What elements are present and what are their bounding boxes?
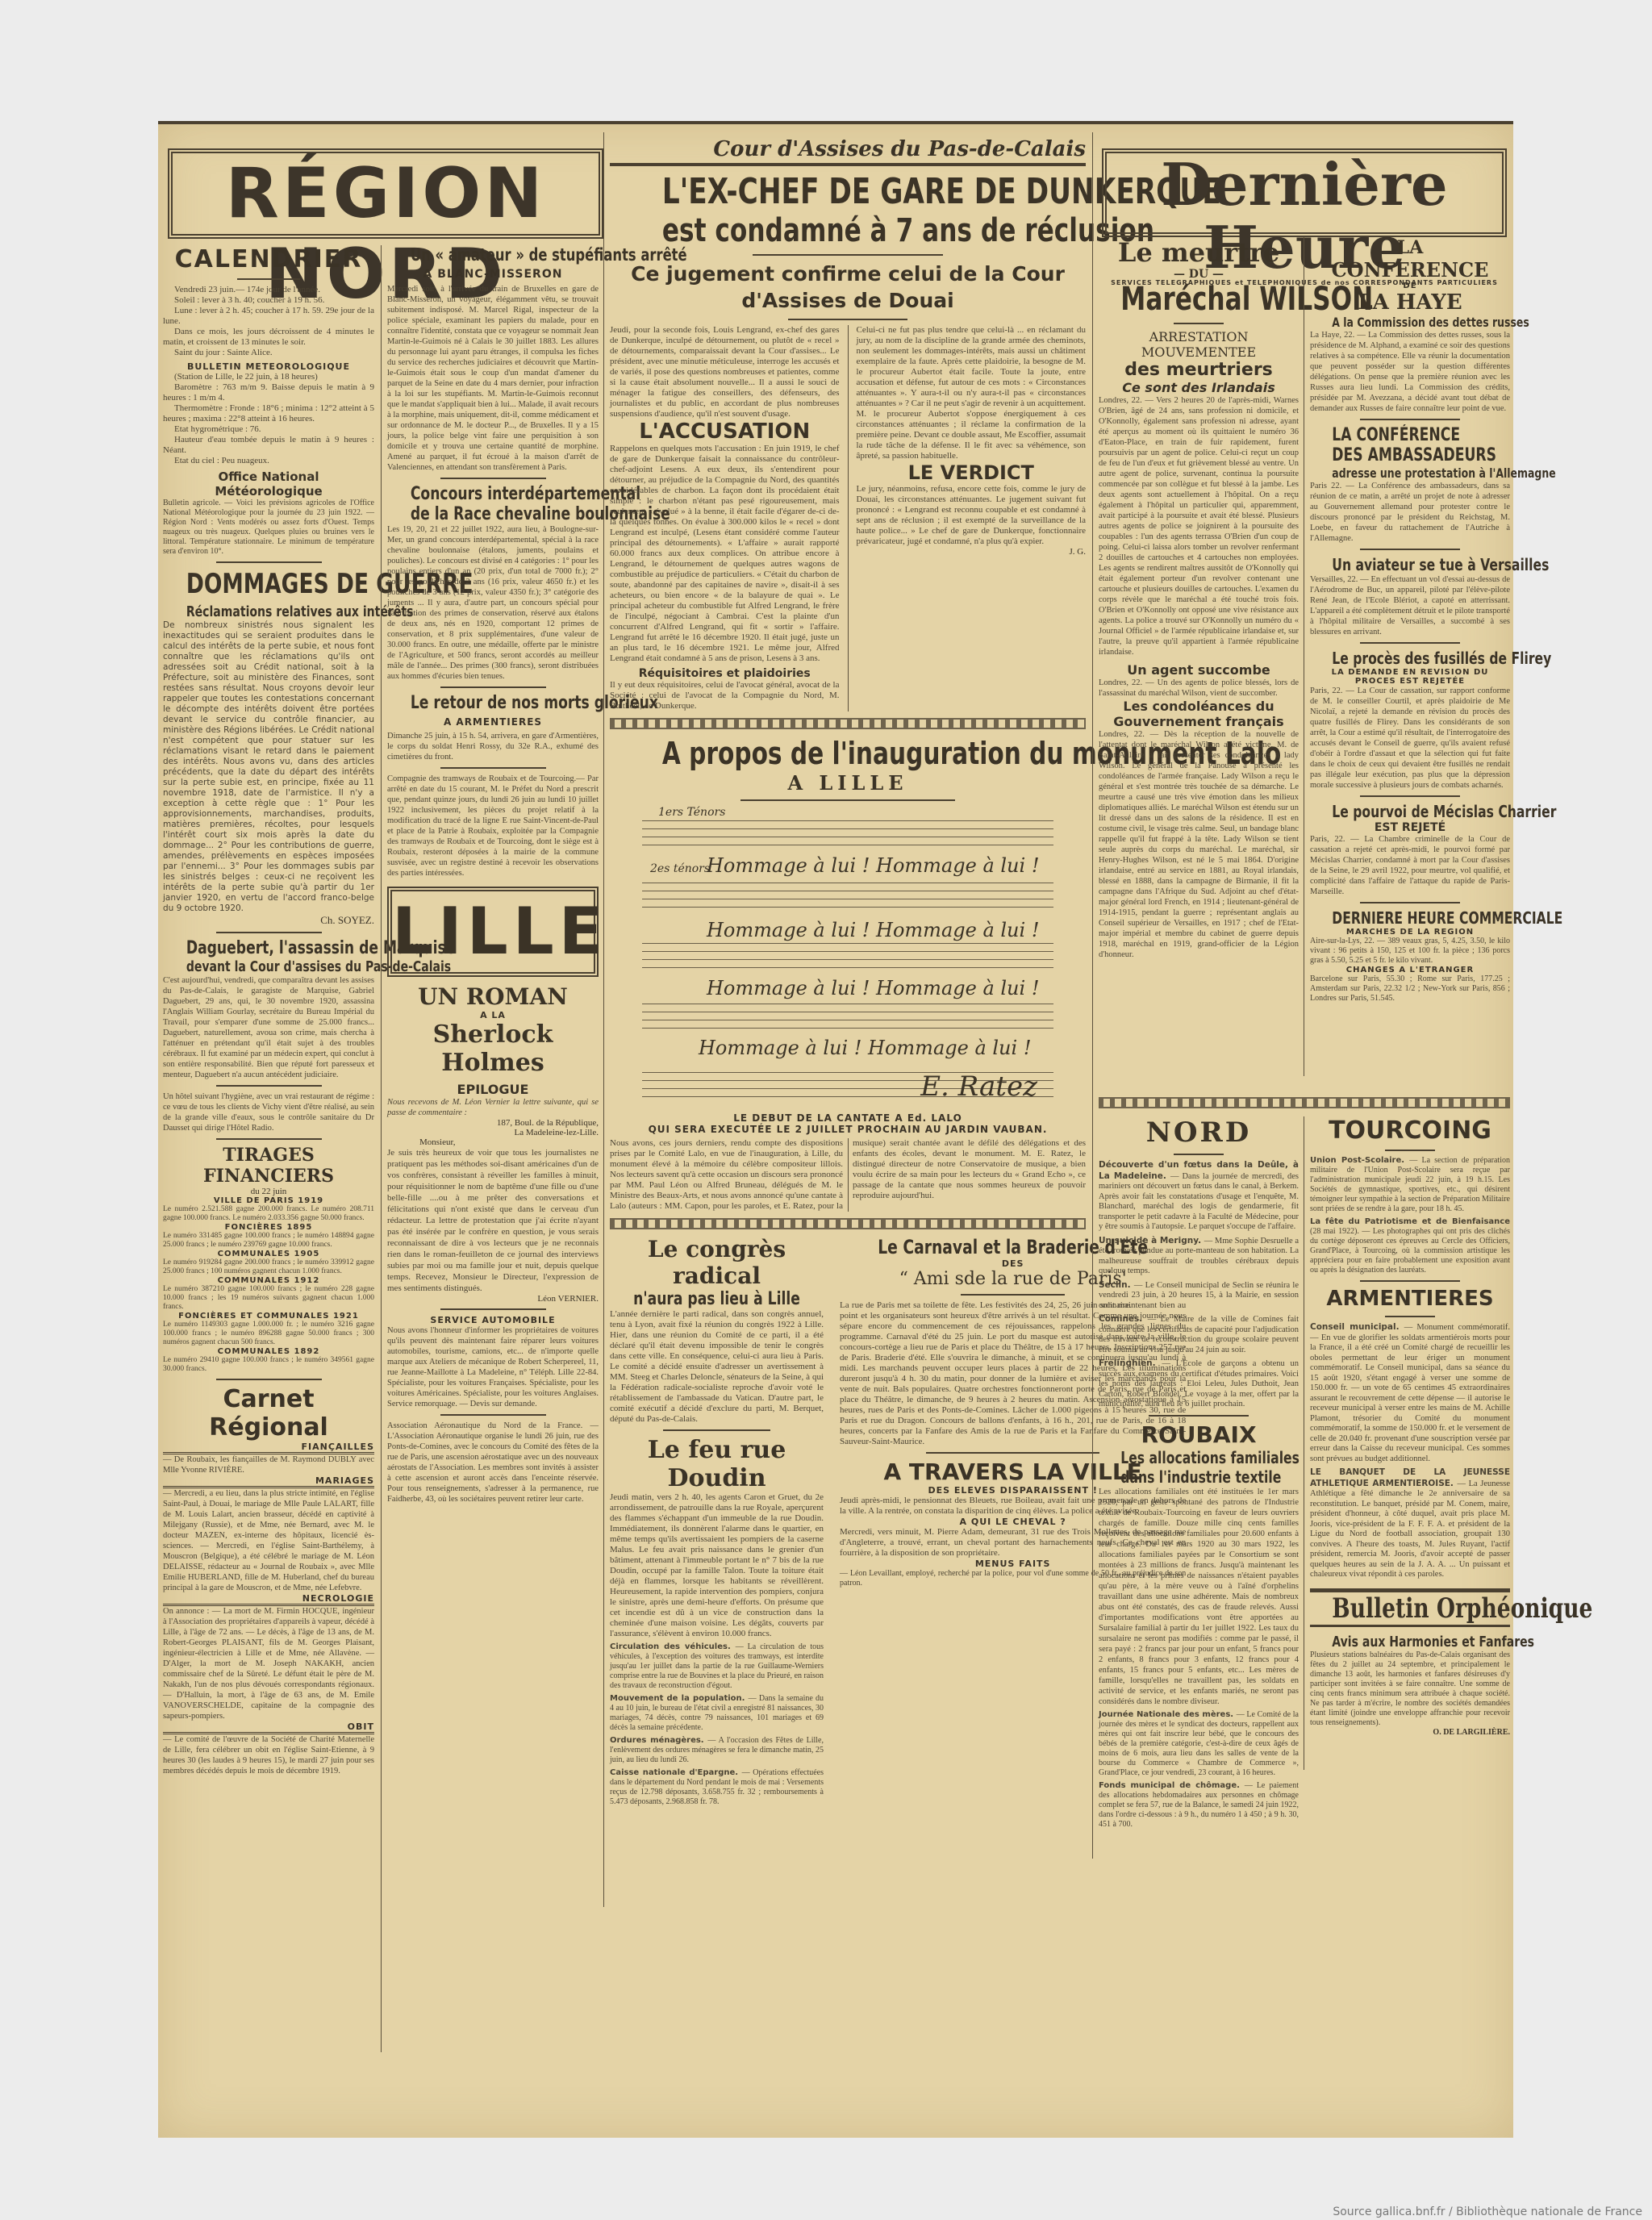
news-brief: Caisse nationale d'Epargne. — Opérations… <box>610 1768 824 1807</box>
ambassadeurs-sub: adresse une protestation à l'Allemagne <box>1332 465 1487 481</box>
derniere-heure-section: Dernière Heure SERVICES TELEGRAPHIQUES e… <box>1099 132 1510 2138</box>
condoleances-title: Les condoléances du Gouvernement françai… <box>1099 699 1299 729</box>
nord-items: Découverte d'un fœtus dans la Deûle, à L… <box>1099 1160 1299 1410</box>
accusation-text: Rappelons en quelques mots l'accusation … <box>610 444 840 664</box>
aviateur-text: Versailles, 22. — En effectuant un vol d… <box>1310 574 1510 637</box>
flirey-sub: LA DEMANDE EN REVISION DU PROCES EST REJ… <box>1310 668 1510 686</box>
lyric-line-3: Hommage à lui ! Hommage à lui ! <box>707 977 1039 999</box>
divider <box>740 799 955 801</box>
meteo-line: Baromètre : 763 m/m 9. Baisse depuis le … <box>163 382 374 403</box>
divider <box>1360 419 1460 420</box>
divider <box>440 686 546 688</box>
lalo-caption-1: LE DEBUT DE LA CANTATE A Ed. LALO <box>610 1112 1086 1124</box>
news-brief: Mouvement de la population. — Dans la se… <box>610 1694 824 1733</box>
tramways-notice: Compagnie des tramways de Roubaix et de … <box>387 774 599 878</box>
office-meteo-text: Bulletin agricole. — Voici les prévision… <box>163 499 374 557</box>
lille-news-left: Le congrès radical n'aura pas lieu à Lil… <box>610 1236 824 1807</box>
dunkerque-left: Jeudi, pour la seconde fois, Louis Lengr… <box>610 325 840 711</box>
haye-title-2: CONFERENCE <box>1310 258 1510 282</box>
calendar-line: Vendredi 23 juin.— 174e jour de l'année. <box>163 285 374 295</box>
staff-1 <box>642 820 1053 853</box>
brief-head: Mouvement de la population. <box>610 1694 749 1703</box>
dommages-author: Ch. SOYEZ. <box>163 914 374 927</box>
ambassadeurs-title-1: LA CONFÉRENCE <box>1332 425 1487 445</box>
tirage-text: Le numéro 919284 gagne 200.000 francs ; … <box>163 1258 374 1276</box>
commerciale-text-1: Aire-sur-la-Lys, 22. — 389 veaux gras, 5… <box>1310 937 1510 966</box>
tirages-title: TIRAGES FINANCIERS <box>163 1145 374 1187</box>
tirage-head: FONCIÈRES 1895 <box>163 1223 374 1232</box>
wilson-title-3: Maréchal WILSON <box>1120 281 1276 318</box>
retour-title: Le retour de nos morts glorieux <box>411 693 575 713</box>
orpheonique-signature: O. DE LARGILIÈRE. <box>1310 1728 1510 1737</box>
lille-news: Le congrès radical n'aura pas lieu à Lil… <box>610 1236 1086 1807</box>
orpheonique-text: Plusieurs stations balnéaires du Pas-de-… <box>1310 1650 1510 1728</box>
lalo-title: A propos de l'inauguration du monument L… <box>662 736 1033 771</box>
news-brief: Frelinghien. — L'Ecole de garçons a obte… <box>1099 1358 1299 1410</box>
retour-subtitle: A ARMENTIERES <box>387 716 599 728</box>
dunkerque-right: Celui-ci ne fut pas plus tendre que celu… <box>857 325 1087 711</box>
divider <box>753 254 943 256</box>
divider <box>1360 549 1460 550</box>
divider <box>440 767 546 769</box>
divider <box>1360 902 1460 903</box>
calendar-line: Soleil : lever à 3 h. 40; coucher à 19 h… <box>163 295 374 306</box>
divider <box>1360 642 1460 644</box>
fiancailles-text: — De Roubaix, les fiançailles de M. Raym… <box>163 1454 374 1475</box>
feu-title: Le feu rue Doudin <box>610 1436 824 1492</box>
stupefiants-title: Un « amateur » de stupéfiants arrêté <box>411 245 575 265</box>
office-meteo-title: Office National Météorologique <box>163 469 374 499</box>
divider <box>1174 323 1224 324</box>
vernier-letter: Je suis très heureux de voir que tous le… <box>387 1147 599 1294</box>
stupefiants-subtitle: A BLANC-MISSERON <box>387 268 599 281</box>
column-rule <box>1304 237 1304 1076</box>
wilson-sub-2: des meurtriers <box>1099 360 1299 380</box>
newspaper-page: RÉGION NORD CALENDRIER Vendredi 23 juin.… <box>158 121 1513 2138</box>
roubaix-sub-2: dans l'industrie textile <box>1120 1467 1276 1487</box>
vernier-salutation: Monsieur, <box>387 1137 599 1147</box>
signature-staff: E. Ratez <box>610 1064 1086 1112</box>
ornamental-rule <box>1099 1097 1510 1108</box>
fiancailles-head: FIANÇAILLES <box>163 1442 374 1454</box>
congres-title: Le congrès radical <box>610 1236 824 1289</box>
charrier-sub: EST REJETÉ <box>1310 821 1510 834</box>
ratez-signature: E. Ratez <box>920 1070 1037 1103</box>
retour-text: Dimanche 25 juin, à 15 h. 54, arrivera, … <box>387 731 599 762</box>
divider <box>440 478 546 479</box>
flirey-text: Paris, 22. — La Cour de cassation, sur r… <box>1310 686 1510 791</box>
dunkerque-headline-2: est condamné à 7 ans de réclusion <box>662 212 1033 249</box>
region-right-subcolumn: Un « amateur » de stupéfiants arrêté A B… <box>387 245 599 1504</box>
thin-rule <box>1310 1625 1510 1627</box>
wilson-sub-3: Ce sont des Irlandais <box>1099 380 1299 395</box>
service-auto-title: SERVICE AUTOMOBILE <box>387 1315 599 1325</box>
haye-title-3: DE <box>1310 282 1510 290</box>
divider <box>216 932 322 933</box>
vernier-address-1: 187, Boul. de la République, <box>387 1118 599 1128</box>
brief-head: La fête du Patriotisme et de Bienfaisanc… <box>1310 1217 1510 1226</box>
top-rule <box>158 121 1513 124</box>
divider <box>440 1308 546 1310</box>
brief-head: Fonds municipal de chômage. <box>1099 1781 1245 1790</box>
congres-subtitle: n'aura pas lieu à Lille <box>633 1289 800 1309</box>
column-rule <box>1092 132 1093 1859</box>
dunkerque-headline-1: L'EX-CHEF DE GARE DE DUNKERQUE <box>662 171 1033 212</box>
region-nord-section: RÉGION NORD CALENDRIER Vendredi 23 juin.… <box>163 132 599 2138</box>
dunkerque-deck: Ce jugement confirme celui de la Cour d'… <box>610 261 1086 314</box>
meteo-line: Thermomètre : Fronde : 18°6 ; minima : 1… <box>163 403 374 424</box>
dommages-title: DOMMAGES DE GUERRE <box>186 568 351 600</box>
column-rule <box>1304 1116 1304 1770</box>
lyric-line-2: Hommage à lui ! Hommage à lui ! <box>707 919 1039 941</box>
mariages-head: MARIAGES <box>163 1475 374 1488</box>
charrier-text: Paris, 22. — La Chambre criminelle de la… <box>1310 834 1510 897</box>
news-brief: Circulation des véhicules. — La circulat… <box>610 1642 824 1691</box>
divider <box>1385 1150 1435 1151</box>
calendrier-title: CALENDRIER <box>163 245 374 273</box>
brief-head: Seclin. <box>1099 1280 1134 1290</box>
voice-label-2: 2es ténors <box>650 862 710 875</box>
tirage-head: VILLE DE PARIS 1919 <box>163 1196 374 1205</box>
charrier-title: Le pourvoi de Mécislas Charrier <box>1332 802 1487 821</box>
roubaix-briefs: Journée Nationale des mères. — Le Comité… <box>1099 1710 1299 1830</box>
divider <box>788 319 907 320</box>
roubaix-text: Les allocations familiales ont été insti… <box>1099 1487 1299 1707</box>
ambassadeurs-title-2: DES AMBASSADEURS <box>1332 445 1487 465</box>
obit-head: OBIT <box>163 1721 374 1734</box>
calendrier-body: Vendredi 23 juin.— 174e jour de l'année.… <box>163 285 374 358</box>
ornamental-rule <box>610 718 1086 729</box>
armentieres-title: ARMENTIERES <box>1310 1287 1510 1311</box>
stupefiants-text: Mercredi soir, à l'arrivée du train de B… <box>387 284 599 473</box>
orpheonique-title: Bulletin Orphéonique <box>1332 1592 1487 1625</box>
brief-text: — Le Comité de la journée des mères et l… <box>1099 1710 1299 1777</box>
divider <box>237 278 301 280</box>
meteo-title: BULLETIN METEOROLOGIQUE <box>163 361 374 372</box>
feu-text: Jeudi matin, vers 2 h. 40, les agents Ca… <box>610 1492 824 1639</box>
haye-title-4: LA HAYE <box>1310 290 1510 315</box>
kicker-rule <box>610 163 1086 166</box>
concours-title-2: de la Race chevaline boulonnaise <box>411 504 575 524</box>
news-brief: Conseil municipal. — Monument commémorat… <box>1310 1322 1510 1464</box>
column-rule <box>848 325 849 711</box>
divider <box>1174 1154 1224 1155</box>
roubaix-title: ROUBAIX <box>1099 1421 1299 1448</box>
requisitoires-title: Réquisitoires et plaidoiries <box>610 667 840 680</box>
daguebert-subtitle: devant la Cour d'assises du Pas-de-Calai… <box>186 958 351 975</box>
news-brief: Découverte d'un fœtus dans la Deûle, à L… <box>1099 1160 1299 1233</box>
plaidoirie-text: Celui-ci ne fut pas plus tendre que celu… <box>857 325 1087 461</box>
agent-text: Londres, 22. — Un des agents de police b… <box>1099 678 1299 699</box>
news-brief: LE BANQUET DE LA JEUNESSE ATHLETIQUE ARM… <box>1310 1467 1510 1580</box>
wilson-text: Londres, 22. — Vers 2 heures 20 de l'apr… <box>1099 395 1299 657</box>
meteo-line: Hauteur d'eau tombée depuis le matin à 9… <box>163 435 374 456</box>
lalo-subtitle: A LILLE <box>610 771 1086 795</box>
commerciale-sub-1: MARCHES DE LA REGION <box>1310 928 1510 937</box>
condoleances-text: Londres, 22. — Dès la réception de la no… <box>1099 729 1299 960</box>
service-auto-text: Nous avons l'honneur d'informer les prop… <box>387 1325 599 1409</box>
lalo-text: Nous avons, ces jours derniers, rendu co… <box>610 1138 1086 1212</box>
divider <box>216 1379 322 1380</box>
divider <box>961 1294 1065 1296</box>
news-brief: Seclin. — Le Conseil municipal de Seclin… <box>1099 1280 1299 1312</box>
tirage-text: Le numéro 29410 gagne 100.000 francs ; l… <box>163 1356 374 1374</box>
tourcoing-title: TOURCOING <box>1310 1116 1510 1145</box>
meteo-line: Etat hygrométrique : 76. <box>163 424 374 435</box>
aviateur-title: Un aviateur se tue à Versailles <box>1332 555 1487 574</box>
dommages-text: De nombreux sinistrés nous signalent les… <box>163 620 374 914</box>
roubaix-sub-1: Les allocations familiales <box>1120 1448 1276 1467</box>
divider <box>1360 1280 1460 1282</box>
verdict-text: Le jury, néanmoins, refusa, encore cette… <box>857 484 1087 547</box>
divider <box>216 1138 322 1140</box>
dh-left-subcolumn: Le meurtre — DU — Maréchal WILSON ARREST… <box>1099 237 1299 960</box>
calendar-line: Lune : lever à 2 h. 45; coucher à 17 h. … <box>163 306 374 327</box>
commerciale-sub-2: CHANGES A L'ETRANGER <box>1310 966 1510 974</box>
dunkerque-intro: Jeudi, pour la seconde fois, Louis Lengr… <box>610 325 840 419</box>
verdict-signature: J. G. <box>857 547 1087 557</box>
dh-right-subcolumn: LA CONFERENCE DE LA HAYE A la Commission… <box>1310 237 1510 1004</box>
flirey-title: Le procès des fusillés de Flirey <box>1332 649 1487 668</box>
obit-text: — Le comité de l'œuvre de la Société de … <box>163 1734 374 1776</box>
divider <box>216 1085 322 1087</box>
divider <box>663 1429 770 1431</box>
tirage-head: FONCIÈRES ET COMMUNALES 1921 <box>163 1312 374 1321</box>
vernier-signature: Léon VERNIER. <box>387 1294 599 1304</box>
column-rule <box>603 132 604 1907</box>
hotel-notice: Un hôtel suivant l'hygiène, avec un vrai… <box>163 1091 374 1133</box>
calendar-line: Dans ce mois, les jours décroissent de 4… <box>163 327 374 348</box>
staff-3 <box>642 943 1053 975</box>
meteo-body: (Station de Lille, le 22 juin, à 18 heur… <box>163 372 374 466</box>
assises-kicker: Cour d'Assises du Pas-de-Calais <box>610 137 1086 161</box>
meteo-line: (Station de Lille, le 22 juin, à 18 heur… <box>163 372 374 382</box>
roman-title: UN ROMAN <box>387 983 599 1010</box>
roman-a-la: A LA <box>387 1010 599 1020</box>
column-rule <box>381 245 382 2052</box>
wilson-title-2: — DU — <box>1099 268 1299 281</box>
derniere-heure-banner: Dernière Heure SERVICES TELEGRAPHIQUES e… <box>1102 148 1507 237</box>
wilson-sub-1: ARRESTATION MOUVEMENTEE <box>1099 329 1299 360</box>
brief-head: Caisse nationale d'Epargne. <box>610 1768 742 1777</box>
brief-text: (28 mai 1922). — Les photographes qui on… <box>1310 1227 1510 1275</box>
musical-score: 1ers Ténors Hommage à lui ! Hommage à lu… <box>610 806 1086 1064</box>
brief-head: Conseil municipal. <box>1310 1322 1404 1332</box>
roman-sherlock: Sherlock Holmes <box>387 1020 599 1077</box>
brief-head: Circulation des véhicules. <box>610 1642 736 1651</box>
haye-sub: A la Commission des dettes russes <box>1332 315 1487 330</box>
tirages-date: du 22 juin <box>163 1187 374 1196</box>
commerciale-text-2: Barcelone sur Paris, 55.30 ; Rome sur Pa… <box>1310 974 1510 1004</box>
divider <box>1360 795 1460 797</box>
lille-banner: LILLE <box>392 891 594 972</box>
region-nord-banner: RÉGION NORD <box>168 148 603 239</box>
brief-text: — Monument commémoratif. — En vue de glo… <box>1310 1323 1510 1463</box>
divider <box>1149 1415 1249 1417</box>
ambassadeurs-text: Paris 22. — La Conférence des ambassadeu… <box>1310 481 1510 544</box>
tirage-text: Le numéro 1149303 gagne 1.000.000 fr. ; … <box>163 1321 374 1347</box>
dunkerque-body: Jeudi, pour la seconde fois, Louis Lengr… <box>610 325 1086 711</box>
news-brief: La fête du Patriotisme et de Bienfaisanc… <box>1310 1217 1510 1275</box>
brief-head: Journée Nationale des mères. <box>1099 1710 1237 1719</box>
tirage-text: Le numéro 331485 gagne 100.000 francs ; … <box>163 1232 374 1250</box>
carnet-title: Carnet Régional <box>163 1385 374 1442</box>
region-left-subcolumn: CALENDRIER Vendredi 23 juin.— 174e jour … <box>163 245 374 1776</box>
divider <box>216 561 322 563</box>
necrologie-text: On annonce : — La mort de M. Firmin HOCQ… <box>163 1606 374 1721</box>
staff-4 <box>642 1004 1053 1036</box>
lille-briefs: Circulation des véhicules. — La circulat… <box>610 1642 824 1807</box>
necrologie-head: NECROLOGIE <box>163 1593 374 1606</box>
brief-head: Frelinghien. <box>1099 1358 1162 1368</box>
news-brief: Ordures ménagères. — A l'occasion des Fê… <box>610 1736 824 1765</box>
haye-title-1: LA <box>1310 237 1510 258</box>
accusation-title: L'ACCUSATION <box>610 419 840 444</box>
tirage-head: COMMUNALES 1905 <box>163 1250 374 1258</box>
tourcoing-armentieres-subcolumn: TOURCOING Union Post-Scolaire. — La sect… <box>1310 1116 1510 1737</box>
armentieres-items: Conseil municipal. — Monument commémorat… <box>1310 1322 1510 1580</box>
nord-title: NORD <box>1099 1116 1299 1149</box>
news-brief: Fonds municipal de chômage. — Le paiemen… <box>1099 1781 1299 1830</box>
mariages-text: — Mercredi, a eu lieu, dans la plus stri… <box>163 1488 374 1593</box>
requisitoires-text: Il y eut deux réquisitoires, celui de l'… <box>610 680 840 711</box>
news-brief: Un suicide à Merigny. — Mme Sophie Desru… <box>1099 1236 1299 1277</box>
lyric-line-1: Hommage à lui ! Hommage à lui ! <box>707 854 1039 877</box>
concours-text: Les 19, 20, 21 et 22 juillet 1922, aura … <box>387 524 599 682</box>
lille-banner-box: LILLE <box>387 887 599 977</box>
verdict-title: LE VERDICT <box>857 461 1087 484</box>
daguebert-text: C'est aujourd'hui, vendredi, que compara… <box>163 975 374 1080</box>
lyric-line-4: Hommage à lui ! Hommage à lui ! <box>699 1037 1031 1059</box>
tirage-text: Le numéro 2.521.588 gagne 200.000 francs… <box>163 1205 374 1223</box>
concours-title-1: Concours interdépartemental <box>411 484 575 504</box>
meteo-line: Etat du ciel : Peu nuageux. <box>163 456 374 466</box>
tirage-text: Le numéro 387210 gagne 100.000 francs ; … <box>163 1285 374 1312</box>
dommages-subtitle: Réclamations relatives aux intérêts <box>186 603 351 620</box>
source-credit: Source gallica.bnf.fr / Bibliothèque nat… <box>1333 2205 1642 2218</box>
agent-title: Un agent succombe <box>1099 662 1299 678</box>
brief-head: Ordures ménagères. <box>610 1736 707 1745</box>
lalo-caption-2: QUI SERA EXECUTÉE LE 2 JUILLET PROCHAIN … <box>610 1124 1086 1135</box>
divider <box>440 1414 546 1416</box>
tirage-head: COMMUNALES 1892 <box>163 1347 374 1356</box>
staff-2 <box>642 883 1053 915</box>
brief-head: Union Post-Scolaire. <box>1310 1156 1409 1165</box>
tirage-head: COMMUNALES 1912 <box>163 1276 374 1285</box>
tirages-list: VILLE DE PARIS 1919Le numéro 2.521.588 g… <box>163 1196 374 1374</box>
cour-assises-section: Cour d'Assises du Pas-de-Calais L'EX-CHE… <box>610 132 1086 2138</box>
aero-association-text: Association Aéronautique du Nord de la F… <box>387 1421 599 1504</box>
voice-label-1: 1ers Ténors <box>658 806 725 819</box>
epilogue-title: EPILOGUE <box>387 1082 599 1097</box>
congres-text: L'année dernière le parti radical, dans … <box>610 1309 824 1425</box>
divider <box>926 1452 1099 1454</box>
vernier-intro: Nous recevons de M. Léon Vernier la lett… <box>387 1097 599 1118</box>
calendar-line: Saint du jour : Sainte Alice. <box>163 348 374 358</box>
tourcoing-items: Union Post-Scolaire. — La section de pré… <box>1310 1156 1510 1275</box>
news-brief: Comines. — Le Maire de la ville de Comin… <box>1099 1314 1299 1355</box>
haye-text: La Haye, 22. — La Commission des dettes … <box>1310 330 1510 414</box>
divider <box>1385 1316 1435 1317</box>
ornamental-rule <box>610 1218 1086 1229</box>
brief-head: Un suicide à Merigny. <box>1099 1236 1204 1246</box>
brief-text: — La Jeunesse Athlétique a fêté dimanche… <box>1310 1479 1510 1579</box>
commerciale-title: DERNIERE HEURE COMMERCIALE <box>1332 908 1487 928</box>
daguebert-title: Daguebert, l'assassin de Marquise <box>186 938 351 958</box>
nord-roubaix-subcolumn: NORD Découverte d'un fœtus dans la Deûle… <box>1099 1116 1299 1830</box>
wilson-title-1: Le meurtre <box>1099 237 1299 268</box>
news-brief: Journée Nationale des mères. — Le Comité… <box>1099 1710 1299 1778</box>
news-brief: Union Post-Scolaire. — La section de pré… <box>1310 1156 1510 1214</box>
brief-head: Comines. <box>1099 1314 1148 1324</box>
orpheonique-sub: Avis aux Harmonies et Fanfares <box>1332 1634 1487 1650</box>
vernier-address-2: La Madeleine-lez-Lille. <box>387 1128 599 1137</box>
